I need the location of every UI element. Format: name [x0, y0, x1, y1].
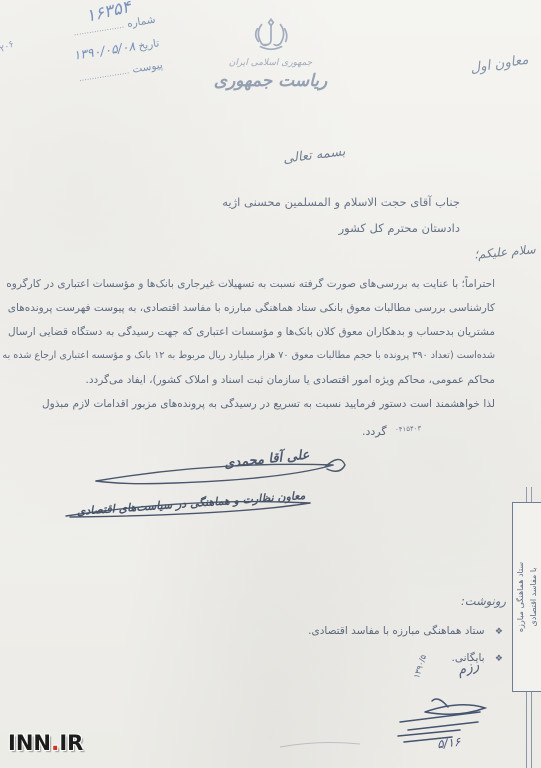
cc-item-text: ستاد هماهنگی مبارزه با مفاسد اقتصادی. [308, 625, 484, 637]
body-line: لذا خواهشمند است دستور فرمایید نسبت به ت… [42, 392, 495, 416]
org-name-line2: ریاست جمهوری [176, 71, 366, 91]
body-line: شده‌است (تعداد ۳۹۰ پرونده با حجم مطالبات… [42, 344, 495, 368]
scanned-letter: ۱۶۳۵۴ ۲۰۶ شماره .................... تار… [0, 0, 541, 768]
invocation: بسمه تعالی [282, 144, 346, 167]
date-label: تاریخ [138, 37, 161, 52]
iran-emblem-icon [251, 14, 291, 52]
body-line: کارشناسی بررسی مطالبات معوق بانکی ستاد ه… [42, 296, 495, 320]
side-stamp-line: با مفاسد اقتصادی [527, 503, 540, 691]
side-stamp-line: ستاد هماهنگی مبارزه [514, 503, 527, 691]
recipient-name: جناب آقای حجت الاسلام و المسلمین محسنی ا… [222, 189, 460, 215]
side-stamp: ستاد هماهنگی مبارزه با مفاسد اقتصادی [512, 502, 541, 692]
margin-registration-number: ۰۴۱۵۴۰۳ [394, 424, 421, 433]
watermark-text: IR [59, 731, 83, 755]
cc-label: رونوشت: [461, 594, 506, 608]
diamond-bullet-icon: ❖ [495, 654, 503, 664]
body-line: محاکم عمومی، محاکم ویژه امور اقتصادی یا … [42, 368, 495, 392]
assignment-note: معاون اول [469, 52, 529, 77]
body-line: احتراماً؛ با عنایت به بررسی‌های صورت گرف… [42, 272, 495, 296]
side-stamp-text: ستاد هماهنگی مبارزه با مفاسد اقتصادی [513, 503, 541, 691]
pencil-trace [275, 738, 365, 750]
org-name-line1: جمهوری اسلامی ایران [176, 58, 366, 68]
attachment-label: پیوست [131, 59, 163, 76]
watermark-text: INN [8, 731, 51, 755]
closing-line: ۰۴۱۵۴۰۳ گردد. [362, 420, 421, 439]
closing-word: گردد. [362, 425, 387, 438]
reference-block: ۱۶۳۵۴ ۲۰۶ شماره .................... تار… [6, 9, 165, 101]
salutation: سلام علیکم؛ [474, 242, 537, 261]
body-line: مشتریان بدحساب و بدهکاران معوق کلان بانک… [42, 320, 495, 344]
recipient-title: دادستان محترم کل کشور [222, 215, 460, 241]
recipient-block: جناب آقای حجت الاسلام و المسلمین محسنی ا… [222, 189, 460, 241]
inn-ir-watermark: INN.IR [8, 731, 83, 756]
attachment-leader-dots: .................... [78, 66, 130, 83]
letterhead: جمهوری اسلامی ایران ریاست جمهوری [176, 14, 366, 91]
cc-item: ❖ ستاد هماهنگی مبارزه با مفاسد اقتصادی. [308, 618, 503, 645]
diamond-bullet-icon: ❖ [495, 627, 503, 637]
letter-body: احتراماً؛ با عنایت به بررسی‌های صورت گرف… [42, 272, 495, 416]
handwritten-date: ۵/۱۶ [436, 735, 461, 752]
